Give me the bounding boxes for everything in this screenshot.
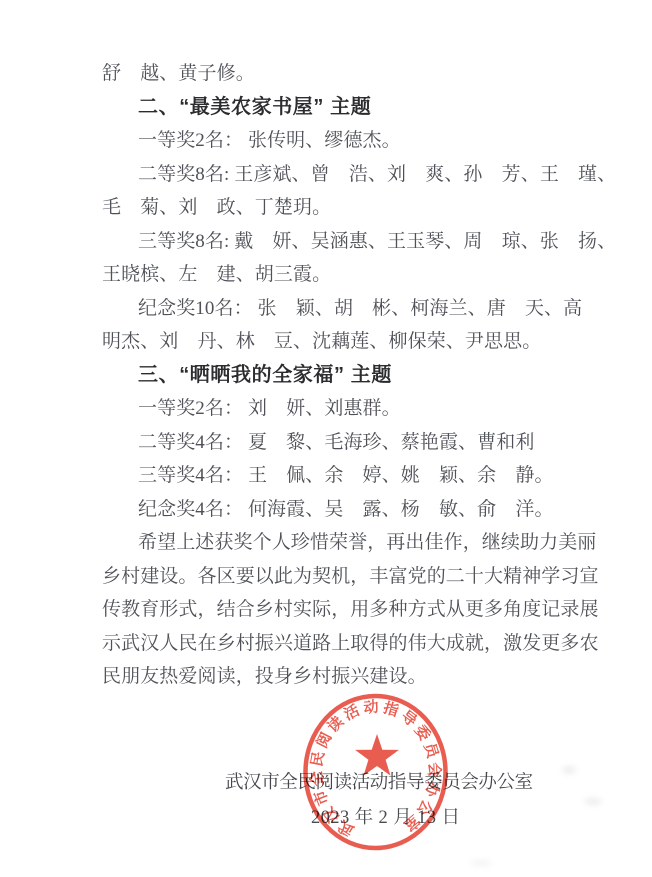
text-line: 三等奖8名: 戴 妍、吴涵惠、王玉琴、周 琼、张 扬、 [102,225,574,259]
scan-smudge [584,798,602,805]
document-page: 舒 越、黄子修。 二、“最美农家书屋” 主题 一等奖2名： 张传明、缪德杰。 二… [0,0,652,877]
text-line: 舒 越、黄子修。 [102,57,574,91]
text-line: 示武汉人民在乡村振兴道路上取得的伟大成就，激发更多农 [102,627,574,661]
text-line: 纪念奖4名： 何海霞、吴 露、杨 敏、俞 洋。 [102,493,574,527]
text-line: 传教育形式，结合乡村实际，用多种方式从更多角度记录展 [102,593,574,627]
scan-smudge [562,766,576,774]
text-line: 明杰、刘 丹、林 豆、沈藕莲、柳保荣、尹思思。 [102,325,574,359]
document-body: 舒 越、黄子修。 二、“最美农家书屋” 主题 一等奖2名： 张传明、缪德杰。 二… [102,57,574,694]
text-line: 二等奖8名: 王彦斌、曾 浩、刘 爽、孙 芳、王 瑾、 [102,158,574,192]
text-line: 一等奖2名： 张传明、缪德杰。 [102,124,574,158]
text-line: 毛 菊、刘 政、丁楚玥。 [102,191,574,225]
star-icon [355,734,399,776]
section-heading: 二、“最美农家书屋” 主题 [102,91,574,125]
text-line: 希望上述获奖个人珍惜荣誉，再出佳作，继续助力美丽 [102,526,574,560]
seal-border [306,696,446,848]
text-line: 三等奖4名： 王 佩、余 婷、姚 颖、余 静。 [102,459,574,493]
official-seal: 武汉市全民阅读活动指导委员会办公室 [297,688,454,856]
text-line: 二等奖4名： 夏 黎、毛海珍、蔡艳霞、曹和利 [102,426,574,460]
section-heading: 三、“晒晒我的全家福” 主题 [102,359,574,393]
text-line: 一等奖2名： 刘 妍、刘惠群。 [102,392,574,426]
scan-smudge [470,860,492,866]
text-line: 纪念奖10名： 张 颖、胡 彬、柯海兰、唐 天、高 [102,292,574,326]
text-line: 乡村建设。各区要以此为契机，丰富党的二十大精神学习宣 [102,560,574,594]
text-line: 王晓槟、左 建、胡三霞。 [102,258,574,292]
